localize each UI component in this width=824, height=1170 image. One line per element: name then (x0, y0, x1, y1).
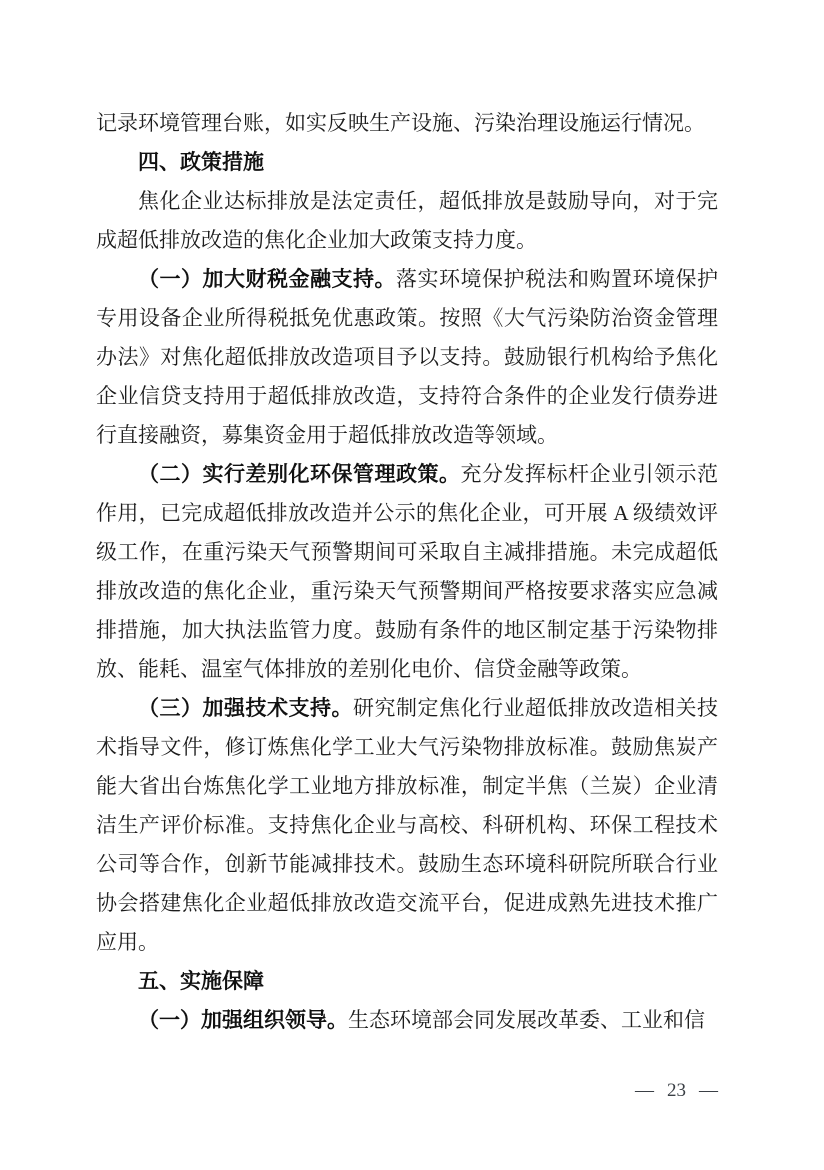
safeguard-item-1-lead: （一）加强组织领导。 (138, 1008, 348, 1032)
policy-item-2-lead: （二）实行差别化环保管理政策。 (138, 462, 461, 486)
policy-item-3-body: 研究制定焦化行业超低排放改造相关技术指导文件，修订炼焦化学工业大气污染物排放标准… (96, 696, 718, 954)
policy-item-1-lead: （一）加大财税金融支持。 (138, 267, 396, 291)
policy-item-2: （二）实行差别化环保管理政策。充分发挥标杆企业引领示范作用，已完成超低排放改造并… (96, 455, 718, 689)
safeguard-item-1-body: 生态环境部会同发展改革委、工业和信 (348, 1008, 705, 1032)
policy-item-2-body: 充分发挥标杆企业引领示范作用，已完成超低排放改造并公示的焦化企业，可开展 A 级… (96, 462, 718, 681)
section-heading-5: 五、实施保障 (96, 962, 718, 1001)
footer-dash-left: — (635, 1081, 654, 1100)
paragraph-continuation: 记录环境管理台账，如实反映生产设施、污染治理设施运行情况。 (96, 104, 718, 143)
policy-item-3: （三）加强技术支持。研究制定焦化行业超低排放改造相关技术指导文件，修订炼焦化学工… (96, 689, 718, 962)
footer-dash-right: — (699, 1081, 718, 1100)
policy-item-1-body: 落实环境保护税法和购置环境保护专用设备企业所得税抵免优惠政策。按照《大气污染防治… (96, 267, 718, 447)
document-page: 记录环境管理台账，如实反映生产设施、污染治理设施运行情况。 四、政策措施 焦化企… (0, 0, 824, 1170)
safeguard-item-1: （一）加强组织领导。生态环境部会同发展改革委、工业和信 (96, 1001, 718, 1040)
policy-item-1: （一）加大财税金融支持。落实环境保护税法和购置环境保护专用设备企业所得税抵免优惠… (96, 260, 718, 455)
page-footer: — 23 — (635, 1081, 718, 1100)
policy-item-3-lead: （三）加强技术支持。 (138, 696, 353, 720)
page-number: 23 (667, 1081, 686, 1100)
section-4-intro-paragraph: 焦化企业达标排放是法定责任，超低排放是鼓励导向，对于完成超低排放改造的焦化企业加… (96, 182, 718, 260)
document-body: 记录环境管理台账，如实反映生产设施、污染治理设施运行情况。 四、政策措施 焦化企… (96, 104, 718, 1040)
section-heading-4: 四、政策措施 (96, 143, 718, 182)
